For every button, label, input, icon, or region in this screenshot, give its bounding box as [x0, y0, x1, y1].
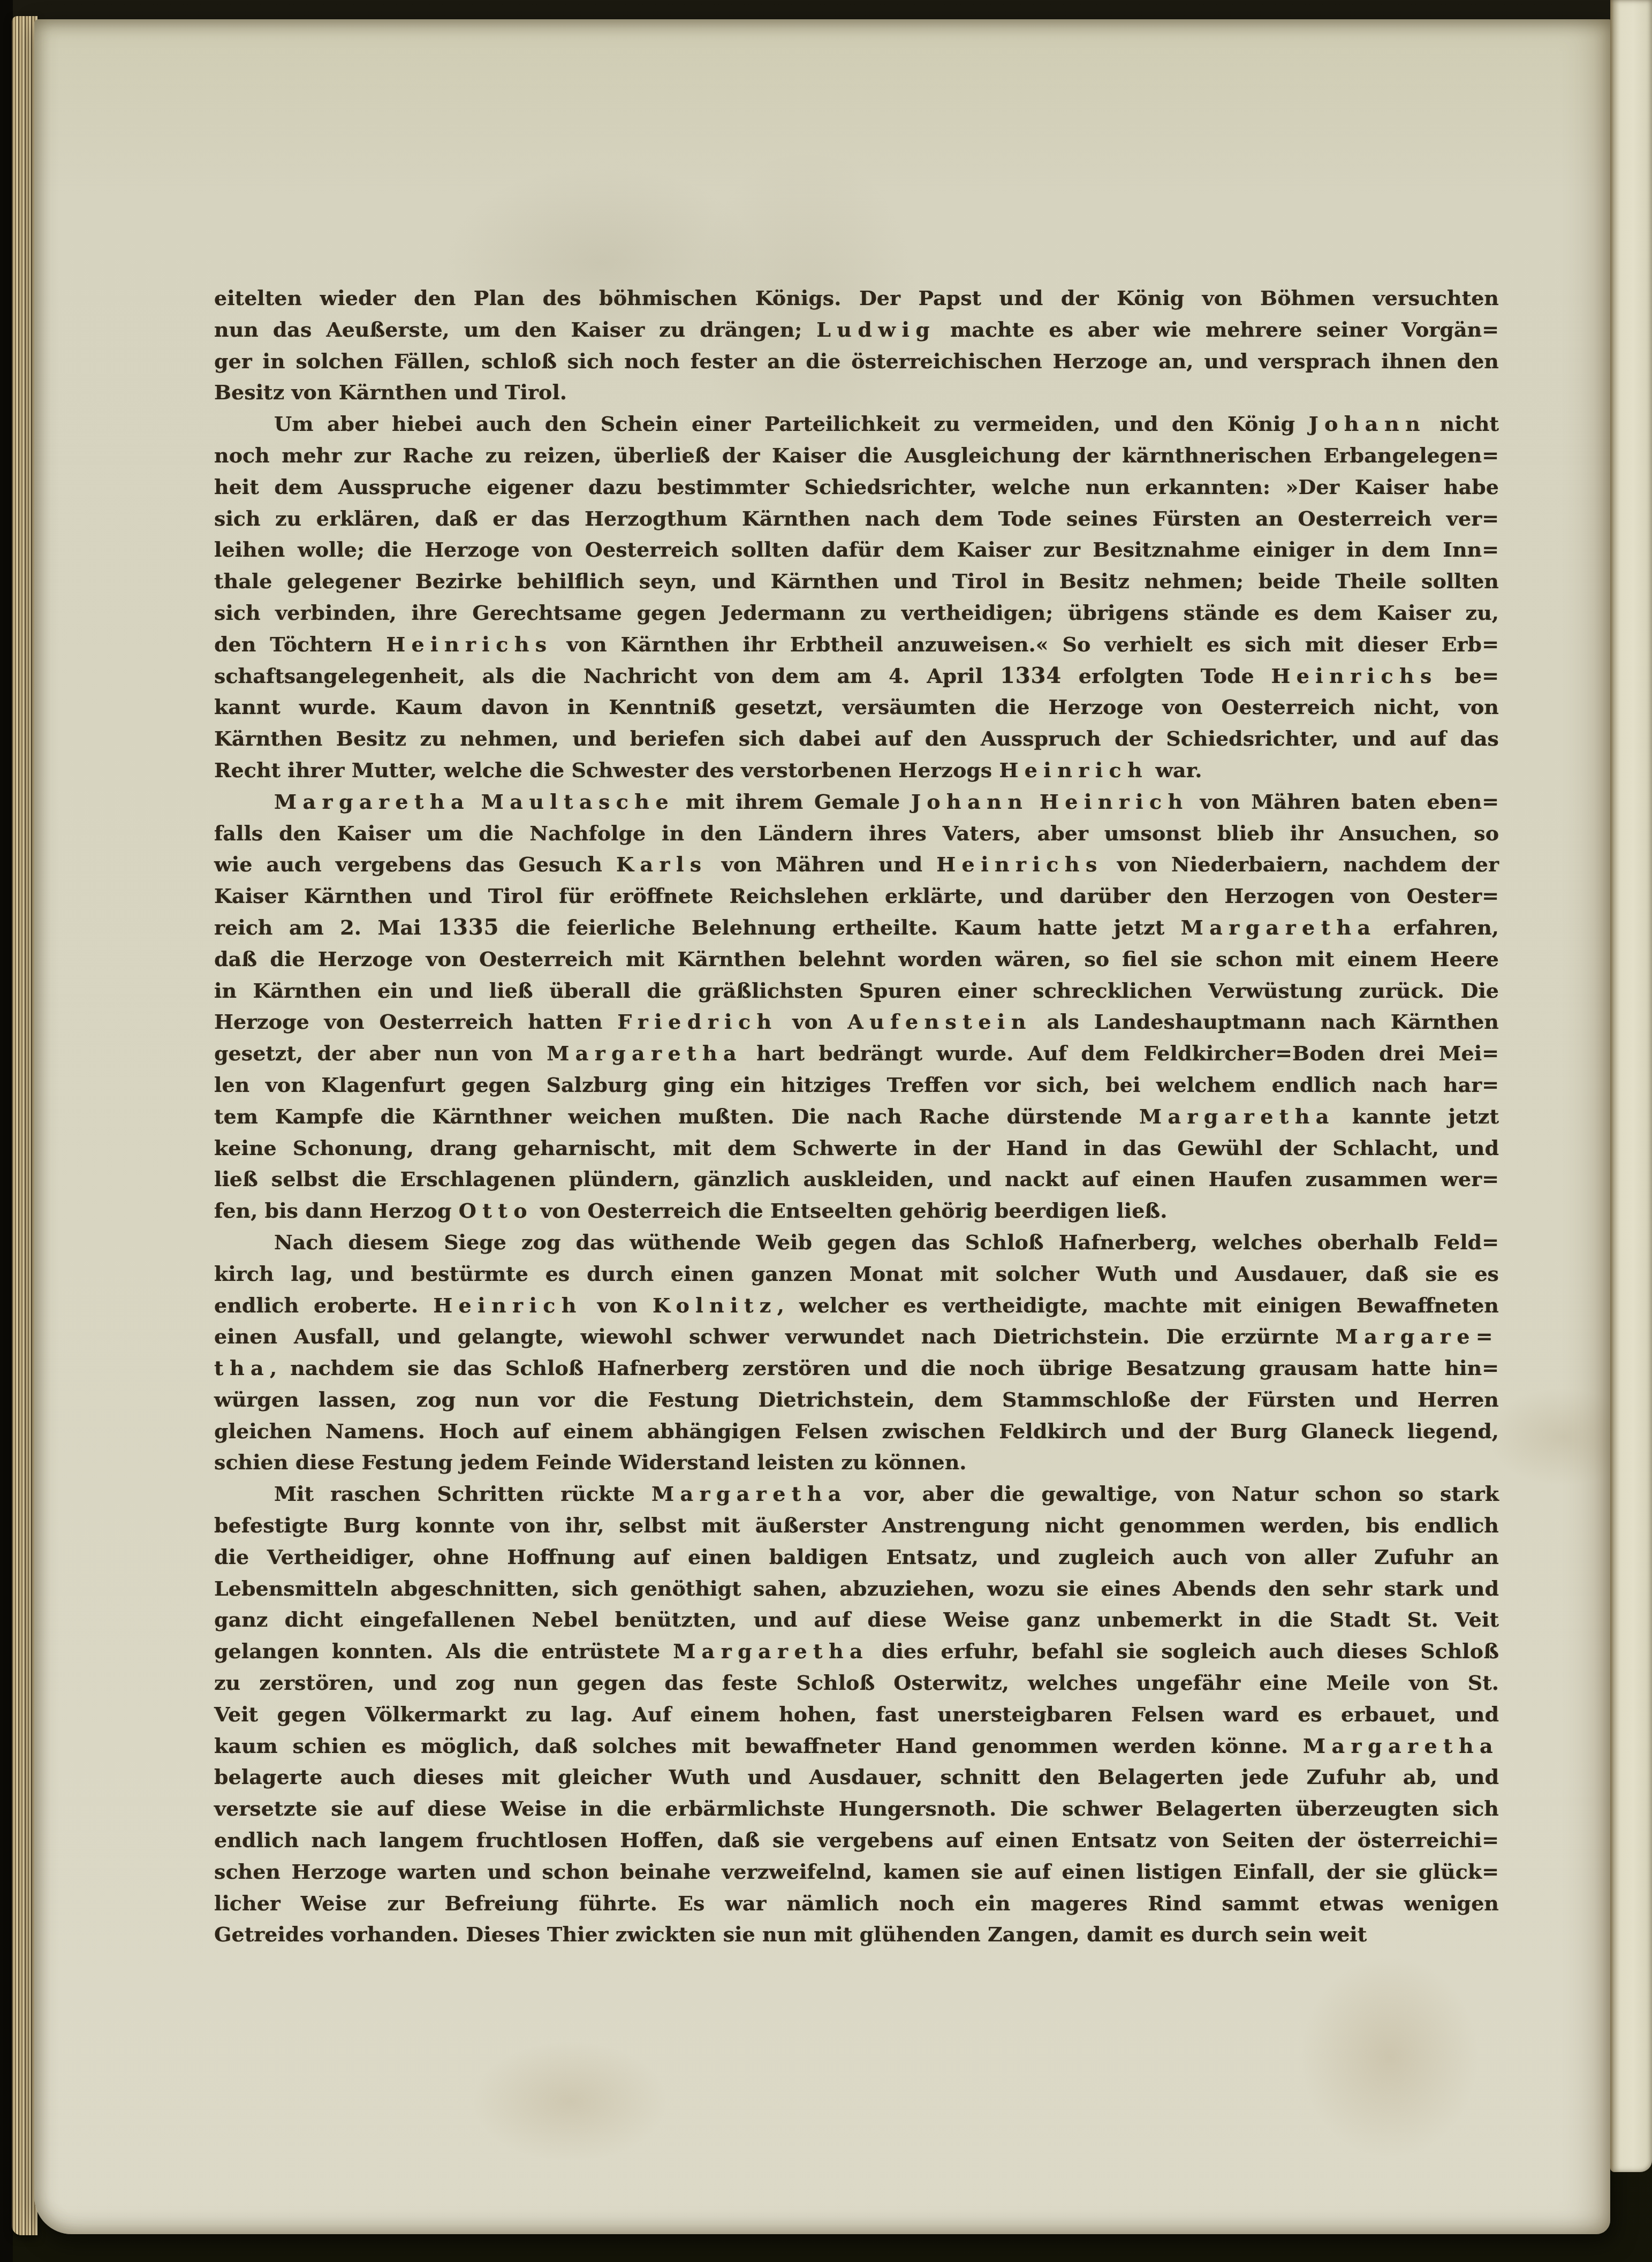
page-text-block: eitelten wieder den Plan des böhmischen …	[214, 283, 1499, 1950]
letterspaced-name: Heinrichs	[386, 632, 552, 656]
letterspaced-name: Heinrich	[999, 758, 1148, 782]
text-line: leihen wolle; die Herzoge von Oesterreic…	[214, 534, 1499, 566]
letterspaced-name: Margaretha	[1303, 1734, 1499, 1758]
text-line: schien diese Festung jedem Feinde Widers…	[214, 1447, 1499, 1478]
letterspaced-name: Otto	[459, 1198, 533, 1223]
text-line: sich zu erklären, daß er das Herzogthum …	[214, 503, 1499, 535]
text-line: schen Herzoge warten und schon beinahe v…	[214, 1856, 1499, 1888]
letterspaced-name: Friedrich	[617, 1009, 777, 1034]
letterspaced-name: Johann	[911, 790, 1028, 814]
text-line: thale gelegener Bezirke behilflich seyn,…	[214, 566, 1499, 597]
letterspaced-name: Margare=	[1336, 1324, 1499, 1348]
text-line: Veit gegen Völkermarkt zu lag. Auf einem…	[214, 1699, 1499, 1730]
text-line: endlich nach langem fruchtlosen Hoffen, …	[214, 1825, 1499, 1856]
book-photo: eitelten wieder den Plan des böhmischen …	[0, 0, 1652, 2262]
text-line: keine Schonung, drang geharnischt, mit d…	[214, 1133, 1499, 1164]
text-line: tem Kampfe die Kärnthner weichen mußten.…	[214, 1101, 1499, 1133]
bold-year: 1334	[1000, 663, 1062, 688]
text-line: Recht ihrer Mutter, welche die Schwester…	[214, 755, 1499, 786]
text-line: falls den Kaiser um die Nachfolge in den…	[214, 818, 1499, 849]
letterspaced-name: Heinrich	[433, 1293, 582, 1317]
letterspaced-name: Ludwig	[816, 317, 936, 341]
bold-year: 1335	[437, 915, 499, 940]
letterspaced-name: Margaretha	[1139, 1104, 1335, 1128]
text-line: zu zerstören, und zog nun gegen das fest…	[214, 1667, 1499, 1699]
text-line: Mit raschen Schritten rückte Margaretha …	[214, 1478, 1499, 1510]
text-line: belagerte auch dieses mit gleicher Wuth …	[214, 1762, 1499, 1793]
book-page: eitelten wieder den Plan des böhmischen …	[34, 19, 1610, 2234]
paragraph: Mit raschen Schritten rückte Margaretha …	[214, 1478, 1499, 1950]
letterspaced-name: Margaretha	[547, 1041, 742, 1065]
page-edges-left	[12, 16, 37, 2235]
letterspaced-name: Aufenstein	[847, 1009, 1032, 1034]
text-line: len von Klagenfurt gegen Salzburg ging e…	[214, 1069, 1499, 1101]
letterspaced-name: Margaretha	[651, 1482, 847, 1506]
text-line: wie auch vergebens das Gesuch Karls von …	[214, 849, 1499, 880]
text-line: die Vertheidiger, ohne Hoffnung auf eine…	[214, 1542, 1499, 1573]
text-line: in Kärnthen ein und ließ überall die grä…	[214, 975, 1499, 1007]
paragraph: eitelten wieder den Plan des böhmischen …	[214, 283, 1499, 408]
text-line: Kaiser Kärnthen und Tirol für eröffnete …	[214, 880, 1499, 912]
text-line: sich verbinden, ihre Gerechtsame gegen J…	[214, 597, 1499, 629]
letterspaced-name: Johann	[1309, 412, 1426, 436]
book-gutter-shadow	[0, 0, 13, 2262]
text-line: kaum schien es möglich, daß solches mit …	[214, 1730, 1499, 1762]
text-line: kirch lag, und bestürmte es durch einen …	[214, 1258, 1499, 1290]
text-line: versetzte sie auf diese Weise in die erb…	[214, 1793, 1499, 1825]
letterspaced-name: Heinrichs	[1271, 664, 1437, 688]
text-line: befestigte Burg konnte von ihr, selbst m…	[214, 1510, 1499, 1542]
text-line: gleichen Namens. Hoch auf einem abhängig…	[214, 1416, 1499, 1447]
text-line: Um aber hiebei auch den Schein einer Par…	[214, 408, 1499, 440]
paragraph: Margaretha Maultasche mit ihrem Gemale J…	[214, 786, 1499, 1227]
text-line: endlich eroberte. Heinrich von Kolnitz, …	[214, 1290, 1499, 1322]
text-line: reich am 2. Mai 1335 die feierliche Bele…	[214, 912, 1499, 944]
text-line: den Töchtern Heinrichs von Kärnthen ihr …	[214, 629, 1499, 661]
letterspaced-name: Kolnitz	[653, 1293, 777, 1317]
text-line: kannt wurde. Kaum davon in Kenntniß gese…	[214, 692, 1499, 723]
text-line: daß die Herzoge von Oesterreich mit Kärn…	[214, 944, 1499, 975]
letterspaced-name: Maultasche	[481, 790, 675, 814]
text-line: Nach diesem Siege zog das wüthende Weib …	[214, 1227, 1499, 1258]
text-line: heit dem Ausspruche eigener dazu bestimm…	[214, 472, 1499, 503]
text-line: noch mehr zur Rache zu reizen, überließ …	[214, 440, 1499, 472]
letterspaced-name: Heinrichs	[936, 852, 1103, 876]
letterspaced-name: Margaretha	[673, 1639, 869, 1663]
text-line: Kärnthen Besitz zu nehmen, und beriefen …	[214, 723, 1499, 755]
text-line: fen, bis dann Herzog Otto von Oesterreic…	[214, 1195, 1499, 1227]
text-line: einen Ausfall, und gelangte, wiewohl sch…	[214, 1321, 1499, 1353]
text-line: Lebensmitteln abgeschnitten, sich genöth…	[214, 1573, 1499, 1605]
text-line: licher Weise zur Befreiung führte. Es wa…	[214, 1888, 1499, 1919]
text-line: tha, nachdem sie das Schloß Hafnerberg z…	[214, 1353, 1499, 1384]
letterspaced-name: Heinrich	[1040, 790, 1189, 814]
letterspaced-name: Margaretha	[274, 790, 470, 814]
letterspaced-name: tha	[214, 1356, 270, 1380]
text-line: ließ selbst die Erschlagenen plündern, g…	[214, 1164, 1499, 1195]
text-line: nun das Aeußerste, um den Kaiser zu drän…	[214, 314, 1499, 346]
text-line: Besitz von Kärnthen und Tirol.	[214, 377, 1499, 408]
text-line: Herzoge von Oesterreich hatten Friedrich…	[214, 1006, 1499, 1038]
letterspaced-name: Karls	[616, 852, 708, 876]
text-line: schaftsangelegenheit, als die Nachricht …	[214, 661, 1499, 692]
letterspaced-name: Margaretha	[1181, 915, 1377, 939]
text-line: würgen lassen, zog nun vor die Festung D…	[214, 1384, 1499, 1416]
text-line: ganz dicht eingefallenen Nebel benützten…	[214, 1604, 1499, 1636]
text-line: eitelten wieder den Plan des böhmischen …	[214, 283, 1499, 314]
text-line: gesetzt, der aber nun von Margaretha har…	[214, 1038, 1499, 1069]
text-line: gelangen konnten. Als die entrüstete Mar…	[214, 1636, 1499, 1667]
text-line: Margaretha Maultasche mit ihrem Gemale J…	[214, 786, 1499, 818]
paragraph: Nach diesem Siege zog das wüthende Weib …	[214, 1227, 1499, 1478]
text-line: Getreides vorhanden. Dieses Thier zwickt…	[214, 1919, 1499, 1950]
text-line: ger in solchen Fällen, schloß sich noch …	[214, 346, 1499, 377]
adjacent-page-edge	[1610, 0, 1652, 2172]
paragraph: Um aber hiebei auch den Schein einer Par…	[214, 408, 1499, 786]
